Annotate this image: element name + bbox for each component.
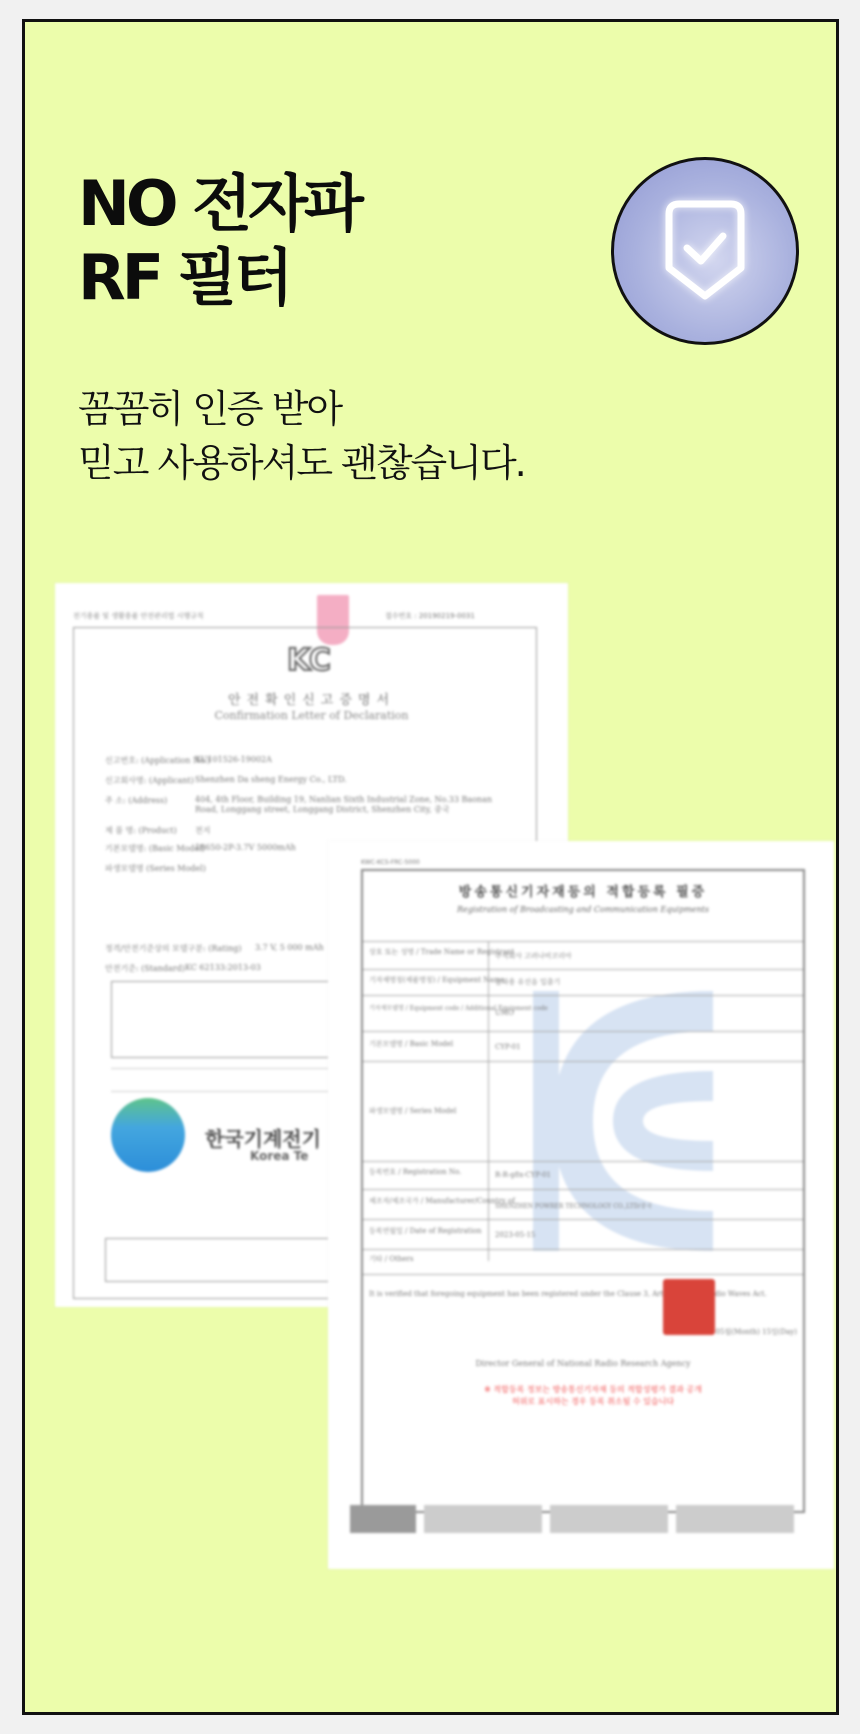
row-label: 기본모델명 / Basic Model xyxy=(369,1039,453,1049)
table-row-line xyxy=(363,969,803,970)
qr-code xyxy=(350,1505,416,1533)
row-value: 전지 xyxy=(195,825,210,836)
row-label: 파생모델명 (Series Model) xyxy=(105,863,206,874)
row-label: 등록연월일 / Date of Registration xyxy=(369,1226,481,1236)
footer-info-block xyxy=(424,1505,542,1533)
row-value: 음파용 유선음 입출기 xyxy=(495,977,560,987)
certificate-title-ko: 방송통신기자재등의 적합등록 필증 xyxy=(363,881,803,900)
headline-line-1: NO 전자파 xyxy=(78,167,360,241)
row-label: 기자재명칭(제품명칭) / Equipment Name xyxy=(369,975,504,985)
document-number: 접수번호 : 20190219-0031 xyxy=(385,611,475,621)
table-row-line xyxy=(363,995,803,996)
row-label: 안전기준: (Standard) xyxy=(105,963,185,974)
headline: NO 전자파 RF 필터 xyxy=(78,167,360,315)
shield-check-icon xyxy=(659,196,751,306)
subheadline-line-2: 믿고 사용하셔도 괜찮습니다. xyxy=(78,436,525,490)
subheadline: 꼼꼼히 인증 받아 믿고 사용하셔도 괜찮습니다. xyxy=(78,382,525,490)
promo-panel: NO 전자파 RF 필터 꼼꼼히 인증 받아 믿고 사용하셔도 괜찮습니다. 전… xyxy=(22,19,839,1715)
kc-watermark-icon xyxy=(533,991,713,1251)
certificate-title-ko: 안전확인신고증명서 xyxy=(55,689,568,708)
row-value: 404, 4th Floor, Building 19, Nanlian Six… xyxy=(195,795,515,815)
row-label: 신고회사명: (Applicant) xyxy=(105,775,194,786)
row-value: CYP-01 xyxy=(495,1043,521,1051)
row-value: XU101526-19002A xyxy=(195,755,272,764)
red-warning-note: ※ 적합등록 정보는 방송통신기자재 등의 적합성평가 결과 공개허위로 표시하… xyxy=(423,1384,763,1408)
certification-badge xyxy=(611,157,799,345)
subheadline-line-1: 꼼꼼히 인증 받아 xyxy=(78,382,525,436)
radio-registration-certificate: KWC-KCS-FRC-5000 방송통신기자재등의 적합등록 필증 Regis… xyxy=(328,841,834,1569)
footer-info-block xyxy=(676,1505,794,1533)
table-row-line xyxy=(363,1274,803,1275)
table-column-divider xyxy=(488,941,489,1261)
certificate-title-en: Registration of Broadcasting and Communi… xyxy=(363,905,803,914)
row-value: 3.7 V, 5 000 mAh xyxy=(255,943,324,952)
table-row-line xyxy=(363,1161,803,1162)
row-label: 파생모델명 / Series Model xyxy=(369,1106,456,1116)
row-label: 제조자/제조국가 / Manufacturer/Country of xyxy=(369,1196,515,1206)
certificate-header-note: 전기용품 및 생활용품 안전관리법 시행규칙 xyxy=(73,611,204,621)
row-label: 상호 또는 성명 / Trade Name or Registrant xyxy=(369,947,514,957)
row-label: 주 소: (Address) xyxy=(105,795,167,806)
kc-logo: KC xyxy=(287,643,331,678)
table-row-line xyxy=(363,1189,803,1190)
row-value: 2023-05-15 xyxy=(495,1231,535,1239)
issuer-name-ko: 한국기계전기 xyxy=(205,1123,321,1152)
row-value: KC 62133:2013-03 xyxy=(185,963,261,972)
verification-statement: It is verified that foregoing equipment … xyxy=(369,1289,789,1300)
footer-info-block xyxy=(550,1505,668,1533)
row-label: 기자재모델명 / Equipment code / Additional Equ… xyxy=(369,1003,548,1012)
registration-table: 방송통신기자재등의 적합등록 필증 Registration of Broadc… xyxy=(361,869,805,1513)
table-row-line xyxy=(363,1031,803,1032)
row-label: 기타 / Others xyxy=(369,1254,413,1264)
row-label: 등록번호 / Registration No. xyxy=(369,1167,461,1177)
manufacturer-box xyxy=(111,981,363,1058)
issuer-name: Director General of National Radio Resea… xyxy=(363,1359,803,1368)
row-label: 제 품 명: (Product) xyxy=(105,825,177,836)
row-value: Shenzhen Da sheng Energy Co., LTD. xyxy=(195,775,347,784)
row-value: 18650-2P-3.7V 5000mAh xyxy=(195,843,296,852)
headline-line-2: RF 필터 xyxy=(78,241,360,315)
row-value: SHENZHEN POWRER TECHNOLOGY CO.,LTD/중국 xyxy=(495,1201,652,1210)
row-label: 정격/안전기준상의 모델구분: (Rating) xyxy=(105,943,241,954)
table-row-line xyxy=(363,1249,803,1250)
statement-block xyxy=(111,1068,361,1092)
row-value: 주식회사 고려나비코리아 xyxy=(495,951,572,961)
row-label: 기본모델명: (Basic Model) xyxy=(105,843,205,854)
agency-seal-logo xyxy=(111,1098,185,1172)
official-red-seal xyxy=(663,1279,715,1335)
table-row-line xyxy=(363,1061,803,1062)
certificate-title-en: Confirmation Letter of Declaration xyxy=(55,709,568,722)
issuer-name-en: Korea Te xyxy=(250,1149,308,1163)
form-code: KWC-KCS-FRC-5000 xyxy=(361,859,420,866)
row-value: UMO xyxy=(495,1009,514,1017)
table-row-line xyxy=(363,941,803,942)
table-row-line xyxy=(363,1219,803,1220)
row-value: R-R-g8x-CYP-01 xyxy=(495,1171,551,1179)
